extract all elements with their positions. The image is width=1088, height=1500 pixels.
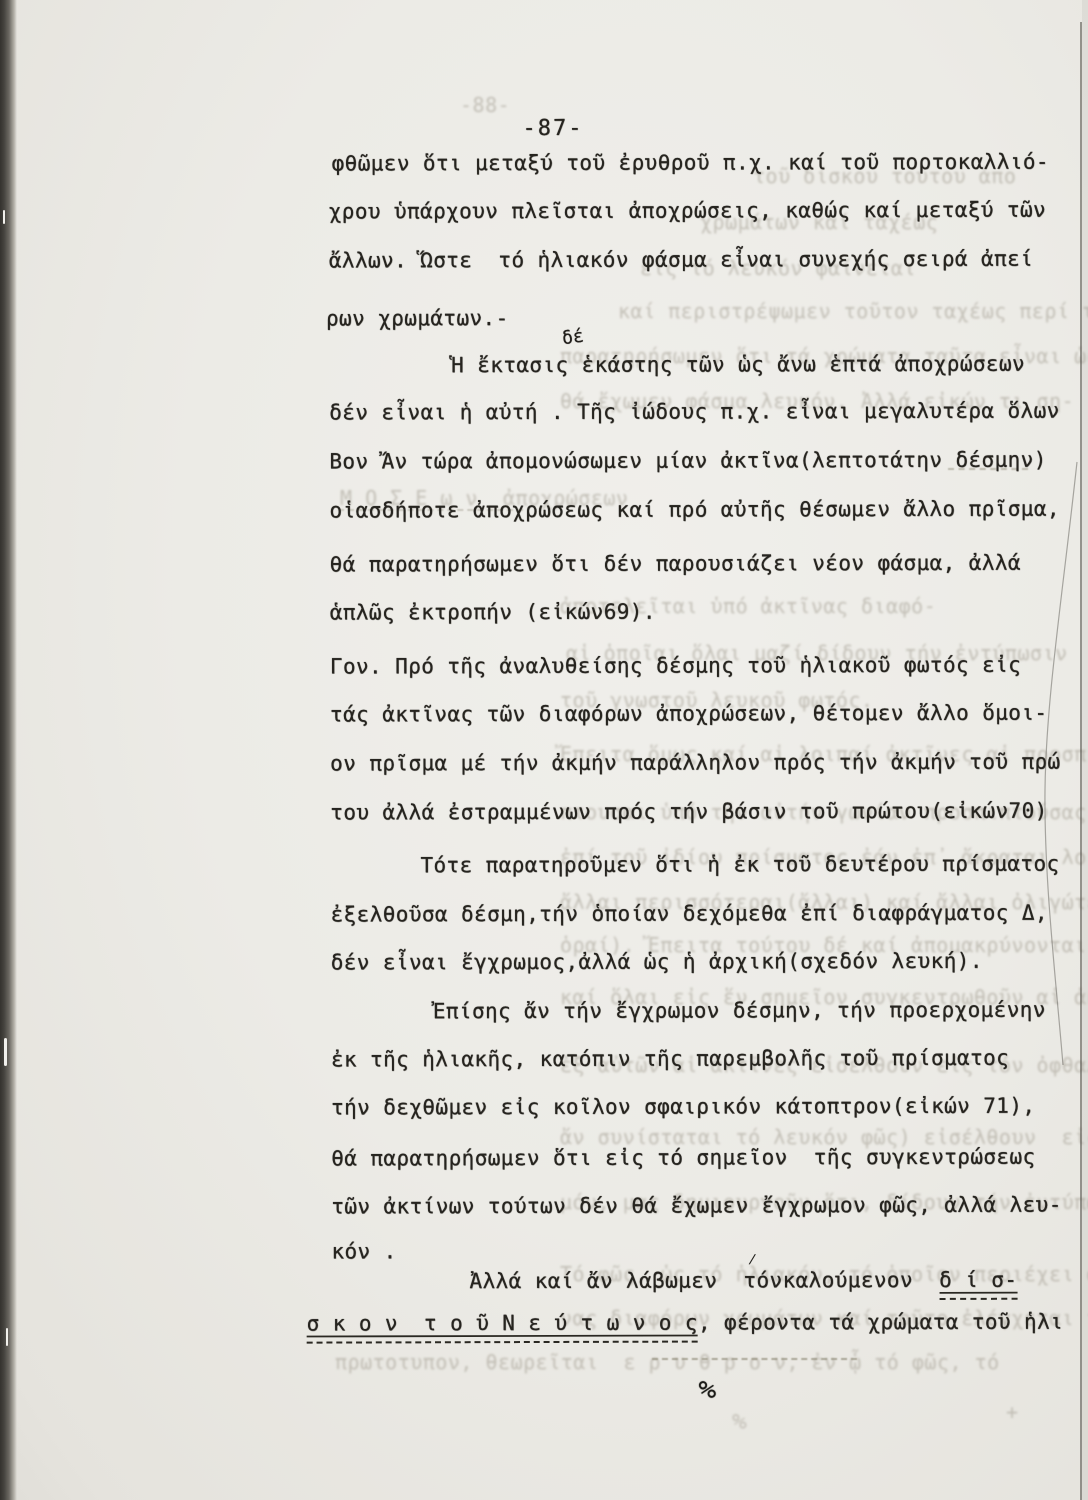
text-line-5: Ἡ ἔκτασις ἑκάστης τῶν ὡς ἄνω ἑπτά ἀποχρώ… <box>451 351 1025 379</box>
text-line-4: ρων χρωμάτων.- <box>326 305 509 331</box>
text-line-14: του ἀλλά ἐστραμμένων πρός τήν βάσιν τοῦ … <box>330 798 1047 826</box>
percent-mark: % <box>697 1374 719 1407</box>
binding-speck <box>3 210 5 224</box>
text-line-21: θά παρατηρήσωμεν ὅτι εἰς τό σημεῖον τῆς … <box>331 1144 1035 1172</box>
text-line-12: τάς ἀκτῖνας τῶν διαφόρων ἀποχρώσεων, θέτ… <box>330 700 1047 728</box>
text-segment: , φέροντα τά χρώματα τοῦ ἡλι <box>698 1310 1063 1335</box>
scanned-document-page: -88- τοῦ δίσκου τούτου ἀπο χρωμάτων καί … <box>0 0 1088 1500</box>
text-line-6: δέν εἶναι ἡ αὐτή . Τῆς ἰώδους π.χ. εἶναι… <box>329 398 1059 426</box>
text-line-16: ἐξελθοῦσα δέσμη,τήν ὁποίαν δεχόμεθα ἐπί … <box>331 900 1048 928</box>
text-line-2: χρου ὑπάρχουν πλεῖσται ἀποχρώσεις, καθώς… <box>329 197 1046 225</box>
text-line-1: φθῶμεν ὅτι μεταξύ τοῦ ἐρυθροῦ π.χ. καί τ… <box>332 149 1049 177</box>
binding-speck <box>6 1328 8 1346</box>
handwritten-insertion: δέ <box>561 326 585 350</box>
page-edge-line <box>1080 22 1082 1500</box>
text-line-25: σ κ ο ν τ ο ῦ Ν ε ύ τ ω ν ο ς, φέροντα τ… <box>307 1309 1064 1337</box>
text-line-24: Ἀλλά καί ἄν λάβωμεν τόνκαλούμενον δ ί σ- <box>469 1267 1017 1294</box>
text-line-7: Βον Ἄν τώρα ἀπομονώσωμεν μίαν ἀκτῖνα(λεπ… <box>329 447 1046 475</box>
typed-text-block: -87- φθῶμεν ὅτι μεταξύ τοῦ ἐρυθροῦ π.χ. … <box>0 0 1088 1500</box>
ghost-plus-mark: + <box>1006 1400 1019 1424</box>
underlined-text: δ ί σ- <box>939 1268 1017 1300</box>
text-line-11: Γον. Πρό τῆς ἀναλυθείσης δέσμης τοῦ ἡλια… <box>330 652 1021 680</box>
text-line-10: ἁπλῶς ἐκτροπήν (εἰκών69). <box>330 599 656 626</box>
text-line-13: ον πρῖσμα μέ τήν ἀκμήν παράλληλον πρός τ… <box>330 749 1060 777</box>
text-line-15: Τότε παρατηροῦμεν ὅτι ἡ ἐκ τοῦ δευτέρου … <box>420 851 1059 879</box>
text-segment: Ἀλλά καί ἄν λάβωμεν τόνκαλούμενον <box>469 1268 939 1293</box>
page-number: -87- <box>522 116 583 142</box>
text-line-17: δέν εἶναι ἔγχρωμος,ἀλλά ὡς ἡ ἀρχική(σχεδ… <box>331 948 983 976</box>
text-line-22: τῶν ἀκτίνων τούτων δέν θά ἔχωμεν ἔγχρωμο… <box>331 1192 1061 1220</box>
caret-mark: ∕ <box>748 1252 757 1268</box>
binding-edge <box>0 0 17 1500</box>
page-edge-shade <box>1082 0 1088 1500</box>
binding-speck <box>4 1038 7 1066</box>
underlined-text: σ κ ο ν τ ο ῦ Ν ε ύ τ ω ν ο ς <box>307 1311 698 1344</box>
text-line-3: ἄλλων. Ὥστε τό ἡλιακόν φάσμα εἶναι συνεχ… <box>329 246 1033 274</box>
text-line-9: θά παρατηρήσωμεν ὅτι δέν παρουσιάζει νέο… <box>330 550 1021 578</box>
text-line-20: τήν δεχθῶμεν εἰς κοῖλον σφαιρικόν κάτοπτ… <box>331 1093 1035 1121</box>
text-line-23: κόν . <box>331 1238 396 1264</box>
text-line-18: Ἐπίσης ἄν τήν ἔγχρωμον δέσμην, τήν προερ… <box>433 997 1046 1025</box>
text-line-8: οἱασδήποτε ἀποχρώσεως καί πρό αὐτῆς θέσω… <box>329 496 1059 524</box>
text-line-19: ἐκ τῆς ἡλιακῆς, κατόπιν τῆς παρεμβολῆς τ… <box>331 1045 1009 1073</box>
